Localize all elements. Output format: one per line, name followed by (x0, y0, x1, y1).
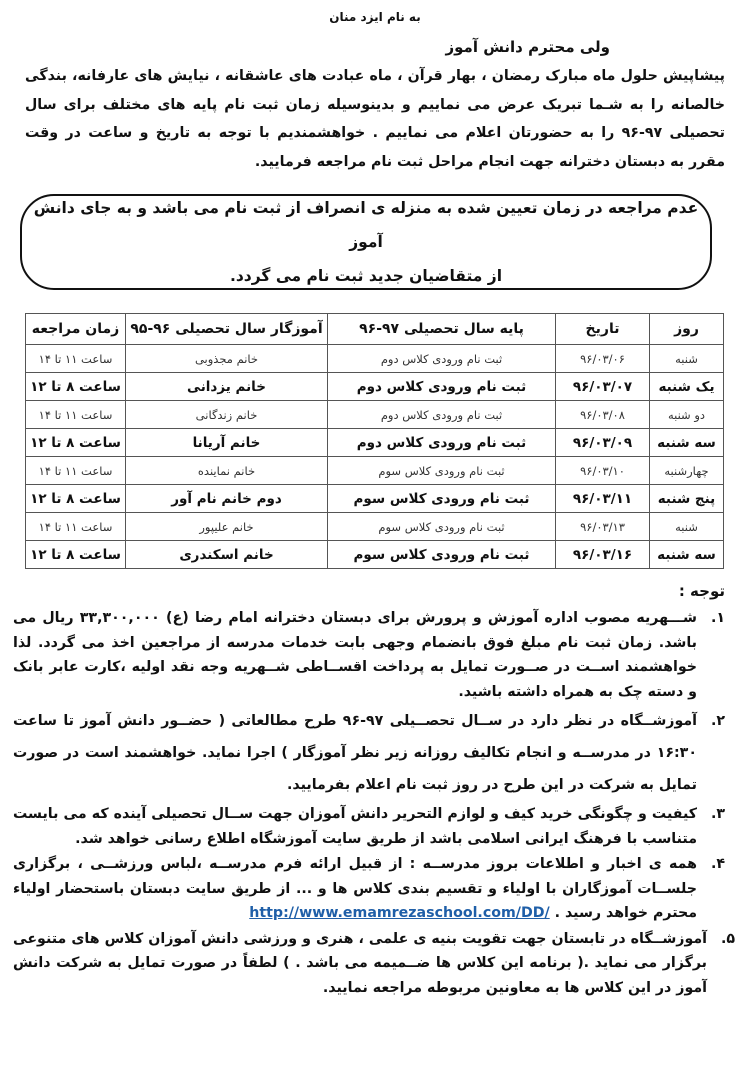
note-item: ۴. همه ی اخبار و اطلاعات بروز مدرســه : … (13, 852, 725, 926)
cell-time: ساعت ۸ تا ۱۲ (26, 373, 126, 401)
table-row: سه شنبه ۹۶/۰۳/۰۹ ثبت نام ورودی کلاس دوم … (26, 429, 724, 457)
column-header-time: زمان مراجعه (26, 314, 126, 345)
cell-day: پنج شنبه (650, 485, 724, 513)
table-row: سه شنبه ۹۶/۰۳/۱۶ ثبت نام ورودی کلاس سوم … (26, 541, 724, 569)
cell-date: ۹۶/۰۳/۰۶ (556, 345, 650, 373)
cell-date: ۹۶/۰۳/۱۶ (556, 541, 650, 569)
cell-date: ۹۶/۰۳/۰۹ (556, 429, 650, 457)
table-row: شنبه ۹۶/۰۳/۱۳ ثبت نام ورودی کلاس سوم خان… (26, 513, 724, 541)
note-item: ۳. کیفیت و چگونگی خرید کیف و لوازم التحر… (13, 802, 725, 851)
document-page: به نام ایزد منان ولی محترم دانش آموز پیش… (0, 0, 750, 1069)
cell-teacher: خانم اسکندری (126, 541, 328, 569)
cell-day: شنبه (650, 513, 724, 541)
cell-grade: ثبت نام ورودی کلاس سوم (328, 541, 556, 569)
cell-grade: ثبت نام ورودی کلاس دوم (328, 429, 556, 457)
table-row: پنج شنبه ۹۶/۰۳/۱۱ ثبت نام ورودی کلاس سوم… (26, 485, 724, 513)
notes-title: توجه : (679, 582, 725, 600)
table-row: شنبه ۹۶/۰۳/۰۶ ثبت نام ورودی کلاس دوم خان… (26, 345, 724, 373)
cell-time: ساعت ۱۱ تا ۱۴ (26, 401, 126, 429)
note-item: ۲. آموزشــگاه در نظر دارد در ســال تحصــ… (13, 705, 725, 801)
table-row: یک شنبه ۹۶/۰۳/۰۷ ثبت نام ورودی کلاس دوم … (26, 373, 724, 401)
cell-time: ساعت ۸ تا ۱۲ (26, 541, 126, 569)
cell-day: سه شنبه (650, 429, 724, 457)
table-row: چهارشنبه ۹۶/۰۳/۱۰ ثبت نام ورودی کلاس سوم… (26, 457, 724, 485)
cell-day: شنبه (650, 345, 724, 373)
basmala-heading: به نام ایزد منان (0, 10, 750, 24)
note-item: ۱. شـــهریه مصوب اداره آموزش و پرورش برا… (13, 606, 725, 704)
intro-paragraph: پیشاپیش حلول ماه مبارک رمضان ، بهار قرآن… (25, 62, 725, 176)
note-number: ۳. (697, 802, 725, 851)
intro-line: انجام مراحل ثبت نام مراجعه فرمایید. (255, 154, 515, 170)
cell-day: یک شنبه (650, 373, 724, 401)
cell-date: ۹۶/۰۳/۱۰ (556, 457, 650, 485)
note-item: ۵. آموزشــگاه در تابستان جهت تقویت بنیه … (13, 927, 735, 1001)
column-header-date: تاریخ (556, 314, 650, 345)
note-text: شـــهریه مصوب اداره آموزش و پرورش برای د… (13, 606, 697, 704)
note-number: ۴. (697, 852, 725, 926)
cell-time: ساعت ۱۱ تا ۱۴ (26, 457, 126, 485)
cell-grade: ثبت نام ورودی کلاس دوم (328, 401, 556, 429)
note-text-with-link: همه ی اخبار و اطلاعات بروز مدرســه : از … (13, 852, 697, 926)
cell-teacher: دوم خانم نام آور (126, 485, 328, 513)
cell-teacher: خانم یزدانی (126, 373, 328, 401)
cell-day: سه شنبه (650, 541, 724, 569)
note-number: ۱. (697, 606, 725, 704)
cell-teacher: خانم زندگانی (126, 401, 328, 429)
cell-date: ۹۶/۰۳/۱۳ (556, 513, 650, 541)
column-header-teacher: آموزگار سال تحصیلی ۹۶-۹۵ (126, 314, 328, 345)
table-header-row: روز تاریخ پایه سال تحصیلی ۹۷-۹۶ آموزگار … (26, 314, 724, 345)
cell-teacher: خانم آریانا (126, 429, 328, 457)
cell-date: ۹۶/۰۳/۰۷ (556, 373, 650, 401)
cell-time: ساعت ۱۱ تا ۱۴ (26, 513, 126, 541)
registration-schedule-table: روز تاریخ پایه سال تحصیلی ۹۷-۹۶ آموزگار … (25, 313, 724, 569)
cell-time: ساعت ۱۱ تا ۱۴ (26, 345, 126, 373)
warning-line: از متقاضیان جدید ثبت نام می گردد. (230, 259, 502, 293)
cell-teacher: خانم علیپور (126, 513, 328, 541)
notes-list: ۱. شـــهریه مصوب اداره آموزش و پرورش برا… (13, 606, 725, 1001)
cell-time: ساعت ۸ تا ۱۲ (26, 485, 126, 513)
column-header-day: روز (650, 314, 724, 345)
note-number: ۲. (697, 705, 725, 801)
cell-date: ۹۶/۰۳/۰۸ (556, 401, 650, 429)
table-row: دو شنبه ۹۶/۰۳/۰۸ ثبت نام ورودی کلاس دوم … (26, 401, 724, 429)
column-header-grade: پایه سال تحصیلی ۹۷-۹۶ (328, 314, 556, 345)
cell-date: ۹۶/۰۳/۱۱ (556, 485, 650, 513)
warning-line: عدم مراجعه در زمان تعیین شده به منزله ی … (22, 191, 710, 259)
cell-grade: ثبت نام ورودی کلاس سوم (328, 485, 556, 513)
note-text: آموزشــگاه در تابستان جهت تقویت بنیه ی ع… (13, 927, 707, 1001)
note-text: کیفیت و چگونگی خرید کیف و لوازم التحریر … (13, 802, 697, 851)
cell-grade: ثبت نام ورودی کلاس دوم (328, 373, 556, 401)
note-text: آموزشــگاه در نظر دارد در ســال تحصــیلی… (13, 705, 697, 801)
warning-box: عدم مراجعه در زمان تعیین شده به منزله ی … (20, 194, 712, 290)
cell-teacher: خانم نماینده (126, 457, 328, 485)
salutation: ولی محترم دانش آموز (446, 38, 611, 56)
cell-grade: ثبت نام ورودی کلاس دوم (328, 345, 556, 373)
school-website-link[interactable]: http://www.emamrezaschool.com/DD/ (249, 905, 549, 921)
cell-day: دو شنبه (650, 401, 724, 429)
note-number: ۵. (707, 927, 735, 1001)
cell-grade: ثبت نام ورودی کلاس سوم (328, 457, 556, 485)
cell-time: ساعت ۸ تا ۱۲ (26, 429, 126, 457)
cell-grade: ثبت نام ورودی کلاس سوم (328, 513, 556, 541)
cell-day: چهارشنبه (650, 457, 724, 485)
cell-teacher: خانم مجذوبی (126, 345, 328, 373)
